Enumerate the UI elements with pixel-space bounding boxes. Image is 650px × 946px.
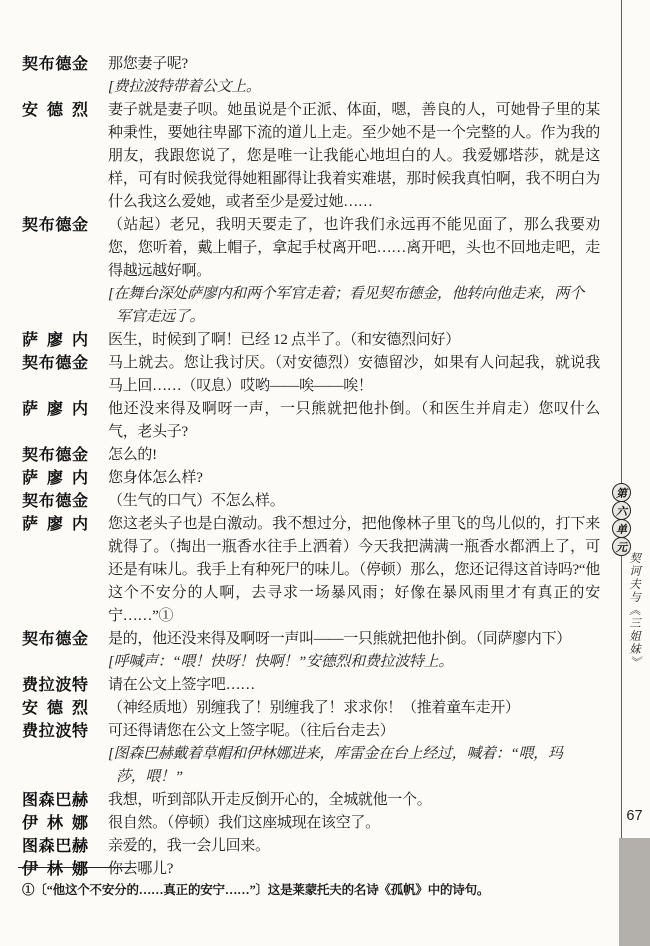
stage-direction: [费拉波特带着公文上。 (108, 76, 590, 99)
speaker-name: 契布德金 (22, 490, 88, 513)
dialogue-entry: 伊 林 娜你去哪儿? (22, 858, 600, 881)
dialogue-entry: 安 德 烈妻子就是妻子呗。她虽说是个正派、体面，嗯，善良的人，可她骨子里的某种秉… (22, 99, 600, 214)
speaker-name: 萨 廖 内 (22, 467, 88, 490)
dialogue-text: 你去哪儿? (108, 858, 600, 881)
dialogue-entry: 萨 廖 内您这老头子也是白激动。我不想过分，把他像林子里飞的鸟儿似的，打下来就得… (22, 513, 600, 628)
speaker-name: 契布德金 (22, 628, 88, 651)
dialogue-entry: 图森巴赫亲爱的，我一会儿回来。 (22, 835, 600, 858)
speaker-name: 契布德金 (22, 53, 88, 76)
dialogue-entry: 契布德金那您妻子呢? (22, 53, 600, 76)
dialogue-text: 怎么的! (108, 444, 600, 467)
speaker-name: 契布德金 (22, 214, 88, 237)
stage-direction: [在舞台深处萨廖内和两个军官走着；看见契布德金，他转向他走来，两个军官走远了。 (108, 283, 590, 329)
dialogue-text: 医生，时候到了啊！已经 12 点半了。（和安德烈问好） (108, 329, 600, 352)
speaker-name: 费拉波特 (22, 674, 88, 697)
dialogue-entry: 契布德金怎么的! (22, 444, 600, 467)
dialogue-text: 是的，他还没来得及啊呀一声叫——一只熊就把他扑倒。（同萨廖内下） (108, 628, 600, 651)
dialogue-text: 他还没来得及啊呀一声，一只熊就把他扑倒。（和医生并肩走）您叹什么气，老头子? (108, 398, 600, 444)
speaker-name: 图森巴赫 (22, 835, 88, 858)
unit-badge-char: 单 (612, 519, 631, 538)
footnote-text: ①〔“他这个不安分的……真正的安宁……”〕这是莱蒙托夫的名诗《孤帆》中的诗句。 (22, 881, 592, 899)
dialogue-entry: 契布德金马上就去。您让我讨厌。（对安德烈）安德留沙，如果有人问起我，就说我马上回… (22, 352, 600, 398)
speaker-name: 图森巴赫 (22, 789, 88, 812)
unit-badge: 第六单元 (612, 483, 632, 555)
margin-rule (621, 0, 622, 838)
speaker-name: 伊 林 娜 (22, 812, 88, 835)
dialogue-text: 很自然。（停顿）我们这座城现在该空了。 (108, 812, 600, 835)
dialogue-entry: 伊 林 娜很自然。（停顿）我们这座城现在该空了。 (22, 812, 600, 835)
speaker-name: 伊 林 娜 (22, 858, 88, 881)
dialogue-list: 契布德金那您妻子呢?[费拉波特带着公文上。安 德 烈妻子就是妻子呗。她虽说是个正… (22, 53, 600, 881)
dialogue-entry: 萨 廖 内医生，时候到了啊！已经 12 点半了。（和安德烈问好） (22, 329, 600, 352)
dialogue-entry: 契布德金（生气的口气）不怎么样。 (22, 490, 600, 513)
stage-direction: [图森巴赫戴着草帽和伊林娜进来，库雷金在台上经过，喊着：“喂，玛莎，喂！” (108, 743, 590, 789)
dialogue-text: 那您妻子呢? (108, 53, 600, 76)
dialogue-text: 请在公文上签字吧…… (108, 674, 600, 697)
dialogue-entry: 契布德金（站起）老兄，我明天要走了，也许我们永远再不能见面了，那么我要劝您，您听… (22, 214, 600, 283)
speaker-name: 费拉波特 (22, 720, 88, 743)
side-title: 契诃夫与《三姐妹》 (626, 552, 642, 672)
speaker-name: 萨 廖 内 (22, 329, 88, 352)
dialogue-text: 亲爱的，我一会儿回来。 (108, 835, 600, 858)
dialogue-entry: 安 德 烈（神经质地）别缠我了！别缠我了！求求你！（推着童车走开） (22, 697, 600, 720)
footnote-divider (18, 867, 135, 868)
dialogue-text: 您身体怎么样? (108, 467, 600, 490)
speaker-name: 萨 廖 内 (22, 398, 88, 421)
dialogue-entry: 费拉波特可还得请您在公文上签字呢。（往后台走去） (22, 720, 600, 743)
dialogue-text: （生气的口气）不怎么样。 (108, 490, 600, 513)
unit-badge-char: 六 (612, 501, 631, 520)
speaker-name: 萨 廖 内 (22, 513, 88, 536)
dialogue-entry: 费拉波特请在公文上签字吧…… (22, 674, 600, 697)
unit-badge-char: 第 (612, 483, 631, 502)
book-page: 契布德金那您妻子呢?[费拉波特带着公文上。安 德 烈妻子就是妻子呗。她虽说是个正… (0, 0, 650, 946)
dialogue-entry: 萨 廖 内他还没来得及啊呀一声，一只熊就把他扑倒。（和医生并肩走）您叹什么气，老… (22, 398, 600, 444)
dialogue-text: 妻子就是妻子呗。她虽说是个正派、体面，嗯，善良的人，可她骨子里的某种秉性，要她往… (108, 99, 600, 214)
dialogue-text: 马上就去。您让我讨厌。（对安德烈）安德留沙，如果有人问起我，就说我马上回……（叹… (108, 352, 600, 398)
page-edge-tab (619, 838, 650, 946)
dialogue-entry: 图森巴赫我想，听到部队开走反倒开心的，全城就他一个。 (22, 789, 600, 812)
speaker-name: 契布德金 (22, 352, 88, 375)
speaker-name: 安 德 烈 (22, 697, 88, 720)
page-number: 67 (619, 808, 650, 824)
dialogue-text: 您这老头子也是白激动。我不想过分，把他像林子里飞的鸟儿似的，打下来就得了。（掏出… (108, 513, 600, 628)
dialogue-entry: 契布德金是的，他还没来得及啊呀一声叫——一只熊就把他扑倒。（同萨廖内下） (22, 628, 600, 651)
dialogue-text: 可还得请您在公文上签字呢。（往后台走去） (108, 720, 600, 743)
dialogue-text: 我想，听到部队开走反倒开心的，全城就他一个。 (108, 789, 600, 812)
speaker-name: 安 德 烈 (22, 99, 88, 122)
dialogue-text: （神经质地）别缠我了！别缠我了！求求你！（推着童车走开） (108, 697, 600, 720)
dialogue-text: （站起）老兄，我明天要走了，也许我们永远再不能见面了，那么我要劝您，您听着，戴上… (108, 214, 600, 283)
speaker-name: 契布德金 (22, 444, 88, 467)
dialogue-entry: 萨 廖 内您身体怎么样? (22, 467, 600, 490)
stage-direction: [呼喊声：“喂！快呀！快啊！”安德烈和费拉波特上。 (108, 651, 590, 674)
